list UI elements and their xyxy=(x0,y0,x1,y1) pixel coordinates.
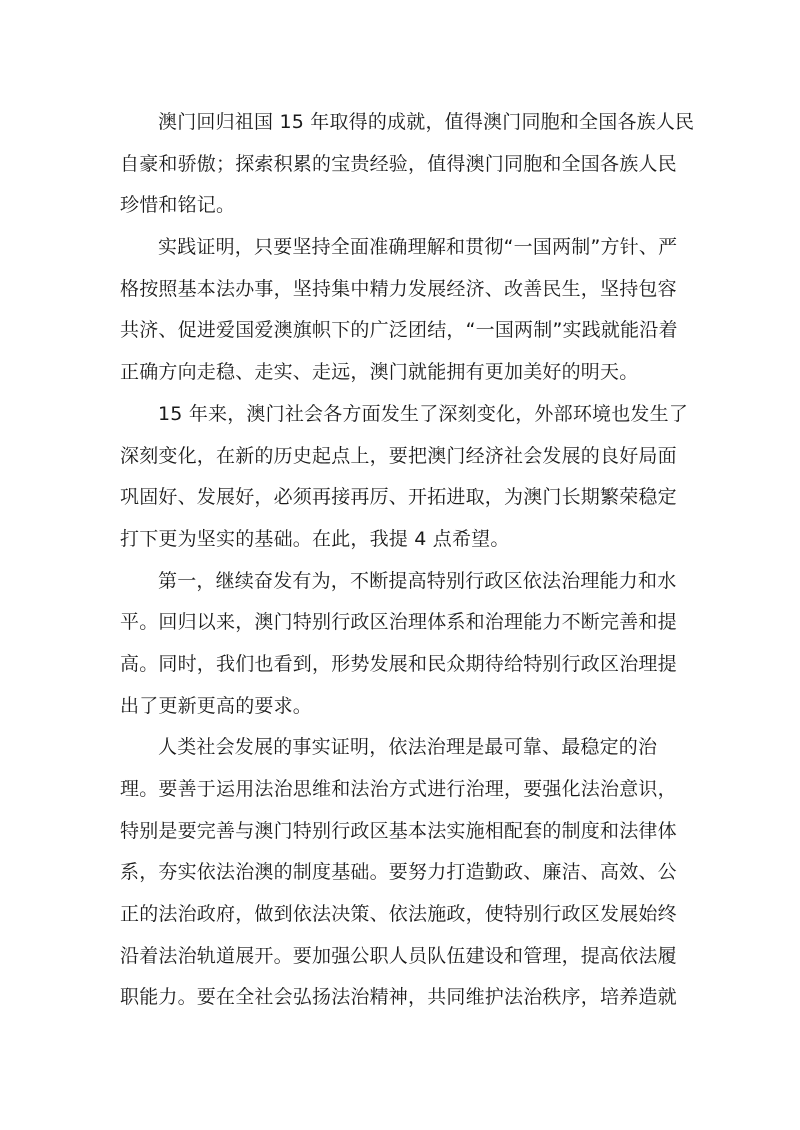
text-line: 人类社会发展的事实证明，依法治理是最可靠、最稳定的治 xyxy=(120,727,690,769)
text-line: 格按照基本法办事，坚持集中精力发展经济、改善民生，坚持包容 xyxy=(120,269,690,311)
text-line: 平。回归以来，澳门特别行政区治理体系和治理能力不断完善和提 xyxy=(120,602,690,644)
text-line: 职能力。要在全社会弘扬法治精神，共同维护法治秩序，培养造就 xyxy=(120,977,690,1019)
text-line: 正确方向走稳、走实、走远，澳门就能拥有更加美好的明天。 xyxy=(120,352,690,394)
text-line: 巩固好、发展好，必须再接再厉、开拓进取，为澳门长期繁荣稳定 xyxy=(120,477,690,519)
paragraph-first-hope: 第一，继续奋发有为，不断提高特别行政区依法治理能力和水 平。回归以来，澳门特别行… xyxy=(120,561,690,728)
text-line: 澳门回归祖国 15 年取得的成就，值得澳门同胞和全国各族人民 xyxy=(120,102,690,144)
paragraph-achievements: 澳门回归祖国 15 年取得的成就，值得澳门同胞和全国各族人民 自豪和骄傲；探索积… xyxy=(120,102,690,227)
paragraph-practice-proves: 实践证明，只要坚持全面准确理解和贯彻“一国两制”方针、严 格按照基本法办事，坚持… xyxy=(120,227,690,394)
paragraph-rule-of-law: 人类社会发展的事实证明，依法治理是最可靠、最稳定的治 理。要善于运用法治思维和法… xyxy=(120,727,690,1019)
text-line: 出了更新更高的要求。 xyxy=(120,686,690,728)
text-line: 特别是要完善与澳门特别行政区基本法实施相配套的制度和法律体 xyxy=(120,811,690,853)
text-line: 实践证明，只要坚持全面准确理解和贯彻“一国两制”方针、严 xyxy=(120,227,690,269)
text-line: 理。要善于运用法治思维和法治方式进行治理，要强化法治意识， xyxy=(120,769,690,811)
text-line: 高。同时，我们也看到，形势发展和民众期待给特别行政区治理提 xyxy=(120,644,690,686)
text-line: 打下更为坚实的基础。在此，我提 4 点希望。 xyxy=(120,519,690,561)
text-line: 15 年来，澳门社会各方面发生了深刻变化，外部环境也发生了 xyxy=(120,394,690,436)
text-line: 系，夯实依法治澳的制度基础。要努力打造勤政、廉洁、高效、公 xyxy=(120,852,690,894)
text-line: 共济、促进爱国爱澳旗帜下的广泛团结，“一国两制”实践就能沿着 xyxy=(120,310,690,352)
text-line: 深刻变化，在新的历史起点上，要把澳门经济社会发展的良好局面 xyxy=(120,436,690,478)
text-line: 珍惜和铭记。 xyxy=(120,185,690,227)
paragraph-fifteen-years: 15 年来，澳门社会各方面发生了深刻变化，外部环境也发生了 深刻变化，在新的历史… xyxy=(120,394,690,561)
text-line: 自豪和骄傲；探索积累的宝贵经验，值得澳门同胞和全国各族人民 xyxy=(120,144,690,186)
document-body: 澳门回归祖国 15 年取得的成就，值得澳门同胞和全国各族人民 自豪和骄傲；探索积… xyxy=(120,102,690,1019)
text-line: 沿着法治轨道展开。要加强公职人员队伍建设和管理，提高依法履 xyxy=(120,936,690,978)
text-line: 第一，继续奋发有为，不断提高特别行政区依法治理能力和水 xyxy=(120,561,690,603)
text-line: 正的法治政府，做到依法决策、依法施政，使特别行政区发展始终 xyxy=(120,894,690,936)
document-page: 澳门回归祖国 15 年取得的成就，值得澳门同胞和全国各族人民 自豪和骄傲；探索积… xyxy=(0,0,800,1130)
